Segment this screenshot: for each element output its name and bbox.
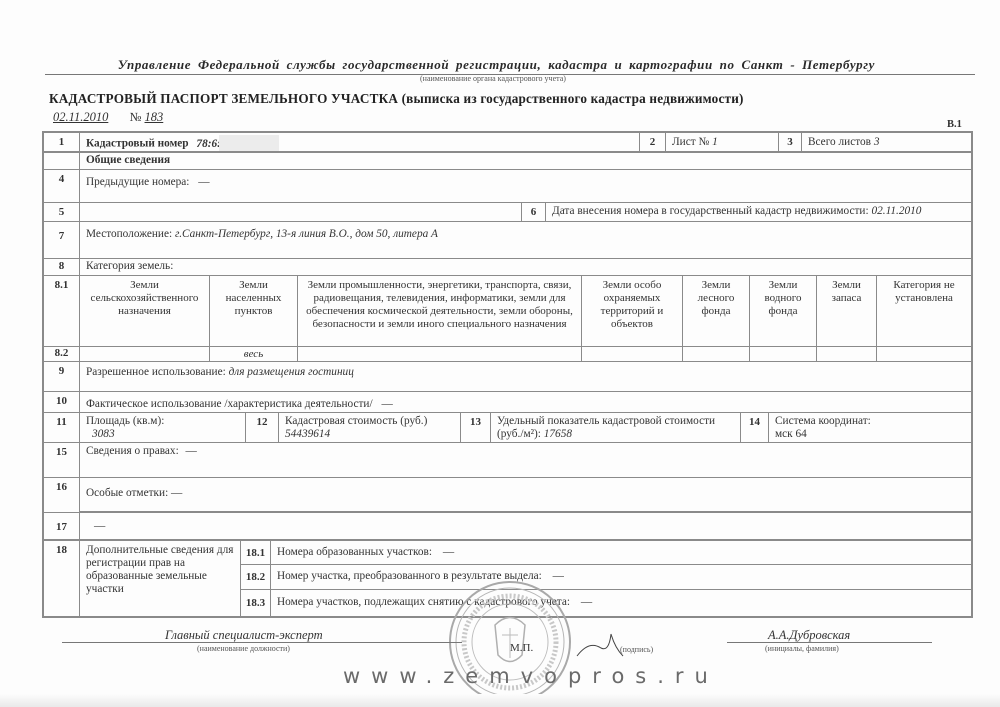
row-num: 3 — [779, 133, 802, 153]
special-notes-value: — — [171, 487, 182, 499]
row-num: 16 — [44, 478, 80, 513]
row-num: 9 — [44, 362, 80, 392]
formed-plots-value: — — [443, 546, 454, 558]
signer-name: А.А.Дубровская — [768, 628, 850, 643]
signer-position-line — [62, 642, 462, 643]
cadastral-number-value: 78:6: — [196, 138, 220, 150]
category-value-water — [750, 347, 817, 362]
previous-numbers-value: — — [198, 176, 209, 188]
area-value: 3083 — [86, 428, 239, 441]
specific-value-label: Удельный показатель кадастровой стоимост… — [497, 415, 734, 428]
row-num: 6 — [522, 203, 546, 222]
row-num: 8.1 — [44, 276, 80, 347]
row-num: 10 — [44, 392, 80, 413]
cadastral-value-value: 54439614 — [285, 428, 454, 441]
cadastral-passport-page: Управление Федеральной службы государств… — [0, 0, 1000, 707]
signature-caption: (подпись) — [620, 645, 653, 654]
category-col-reserve: Земли запаса — [817, 276, 877, 347]
actual-use-cell: Фактическое использование /характеристик… — [80, 392, 971, 413]
cadastral-number-cell: Кадастровый номер 78:6: — [80, 133, 640, 153]
specific-value-value: 17658 — [544, 428, 572, 440]
passport-table: 1 Кадастровый номер 78:6: 2 Лист № 1 3 В… — [42, 131, 973, 618]
row-num: 5 — [44, 203, 80, 222]
formed-plots-label: Номера образованных участков: — [277, 546, 432, 558]
row-num: 15 — [44, 443, 80, 478]
redaction-box — [219, 135, 279, 151]
category-col-not-established: Категория не установлена — [877, 276, 971, 347]
deregistered-plots-cell: Номера участков, подлежащих снятию с кад… — [271, 590, 971, 616]
permitted-use-label: Разрешенное использование: — [86, 366, 226, 378]
category-col-settlements: Земли населенных пунктов — [210, 276, 298, 347]
rights-info-value: — — [186, 445, 197, 457]
category-col-water: Земли водного фонда — [750, 276, 817, 347]
row-num: 18.3 — [241, 590, 271, 616]
additional-info-label: Дополнительные сведения для регистрации … — [80, 541, 241, 616]
row-num: 12 — [246, 413, 279, 443]
row-num: 18.2 — [241, 565, 271, 590]
total-sheets-cell: Всего листов 3 — [802, 133, 971, 153]
category-value-settlements: весь — [210, 347, 298, 362]
category-value-agricultural — [80, 347, 210, 362]
sheet-number-value: 1 — [712, 136, 718, 148]
scan-edge-shadow — [0, 694, 1000, 707]
coordinate-system-value: мск 64 — [775, 428, 965, 441]
location-value: г.Санкт-Петербург, 13-я линия В.О., дом … — [175, 228, 438, 240]
actual-use-label: Фактическое использование /характеристик… — [86, 398, 373, 410]
area-cell: Площадь (кв.м): 3083 — [80, 413, 246, 443]
permitted-use-cell: Разрешенное использование: для размещени… — [80, 362, 971, 392]
signer-position-caption: (наименование должности) — [197, 644, 290, 653]
total-sheets-value: 3 — [874, 136, 880, 148]
number-prefix: № — [129, 110, 141, 124]
registration-date-cell: Дата внесения номера в государственный к… — [546, 203, 971, 222]
watermark: www.zemvopros.ru — [343, 664, 719, 688]
document-title: КАДАСТРОВЫЙ ПАСПОРТ ЗЕМЕЛЬНОГО УЧАСТКА (… — [49, 91, 744, 107]
category-value-reserve — [817, 347, 877, 362]
category-col-forest: Земли лесного фонда — [683, 276, 750, 347]
area-label: Площадь (кв.м): — [86, 415, 239, 428]
coordinate-system-cell: Система координат: мск 64 — [769, 413, 971, 443]
registration-date-value: 02.11.2010 — [871, 205, 921, 217]
signature-icon — [575, 630, 625, 660]
category-value-protected — [582, 347, 683, 362]
total-sheets-label: Всего листов — [808, 136, 871, 148]
general-info-heading: Общие сведения — [80, 153, 971, 170]
row5-empty-cell — [80, 203, 522, 222]
row-num: 13 — [461, 413, 491, 443]
row-num: 4 — [44, 170, 80, 203]
location-label: Местоположение: — [86, 228, 172, 240]
category-value-not-established — [877, 347, 971, 362]
organization-name: Управление Федеральной службы государств… — [45, 57, 975, 73]
rights-info-label: Сведения о правах: — [86, 445, 179, 457]
document-date: 02.11.2010 — [53, 110, 108, 124]
coordinate-system-label: Система координат: — [775, 415, 965, 428]
category-value-forest — [683, 347, 750, 362]
sheet-code: В.1 — [947, 119, 962, 130]
deregistered-plots-value: — — [581, 596, 592, 608]
specific-value-cell: Удельный показатель кадастровой стоимост… — [491, 413, 741, 443]
special-notes-label: Особые отметки: — [86, 487, 168, 499]
row-num: 8 — [44, 259, 80, 276]
location-cell: Местоположение: г.Санкт-Петербург, 13-я … — [80, 222, 971, 259]
signer-name-line — [727, 642, 932, 643]
cadastral-value-label: Кадастровая стоимость (руб.) — [285, 415, 454, 428]
special-notes-cell: Особые отметки: — — [80, 478, 971, 513]
permitted-use-value: для размещения гостиниц — [229, 366, 354, 378]
cadastral-value-cell: Кадастровая стоимость (руб.) 54439614 — [279, 413, 461, 443]
stamp-label: М.П. — [510, 642, 533, 654]
specific-value-unit: (руб./м²): — [497, 428, 541, 440]
sheet-number-label: Лист № — [672, 136, 709, 148]
signer-position: Главный специалист-эксперт — [165, 628, 323, 643]
rights-info-cell: Сведения о правах: — — [80, 443, 971, 478]
row17-value: — — [80, 513, 971, 541]
row-num: 8.2 — [44, 347, 80, 362]
transformed-plot-cell: Номер участка, преобразованного в резуль… — [271, 565, 971, 590]
organization-caption: (наименование органа кадастрового учета) — [420, 74, 566, 83]
category-col-agricultural: Земли сельскохозяйственного назначения — [80, 276, 210, 347]
document-date-number: 02.11.2010 № 183 — [53, 110, 163, 125]
registration-date-label: Дата внесения номера в государственный к… — [552, 205, 869, 217]
category-value-industry — [298, 347, 582, 362]
cadastral-number-label: Кадастровый номер — [86, 138, 189, 150]
sheet-number-cell: Лист № 1 — [666, 133, 779, 153]
row-num: 11 — [44, 413, 80, 443]
row-num: 18 — [44, 541, 80, 616]
formed-plots-cell: Номера образованных участков: — — [271, 541, 971, 565]
document-number: 183 — [145, 110, 164, 124]
previous-numbers-cell: Предыдущие номера: — — [80, 170, 971, 203]
category-col-industry: Земли промышленности, энергетики, трансп… — [298, 276, 582, 347]
row-num-empty — [44, 153, 80, 170]
land-category-label: Категория земель: — [80, 259, 971, 276]
actual-use-value: — — [381, 398, 392, 410]
row-num: 18.1 — [241, 541, 271, 565]
row-num: 14 — [741, 413, 769, 443]
row-num: 1 — [44, 133, 80, 153]
signer-name-caption: (инициалы, фамилия) — [765, 644, 839, 653]
previous-numbers-label: Предыдущие номера: — [86, 176, 189, 188]
row-num: 17 — [44, 513, 80, 541]
category-col-protected: Земли особо охраняемых территорий и объе… — [582, 276, 683, 347]
row-num: 7 — [44, 222, 80, 259]
row-num: 2 — [640, 133, 666, 153]
